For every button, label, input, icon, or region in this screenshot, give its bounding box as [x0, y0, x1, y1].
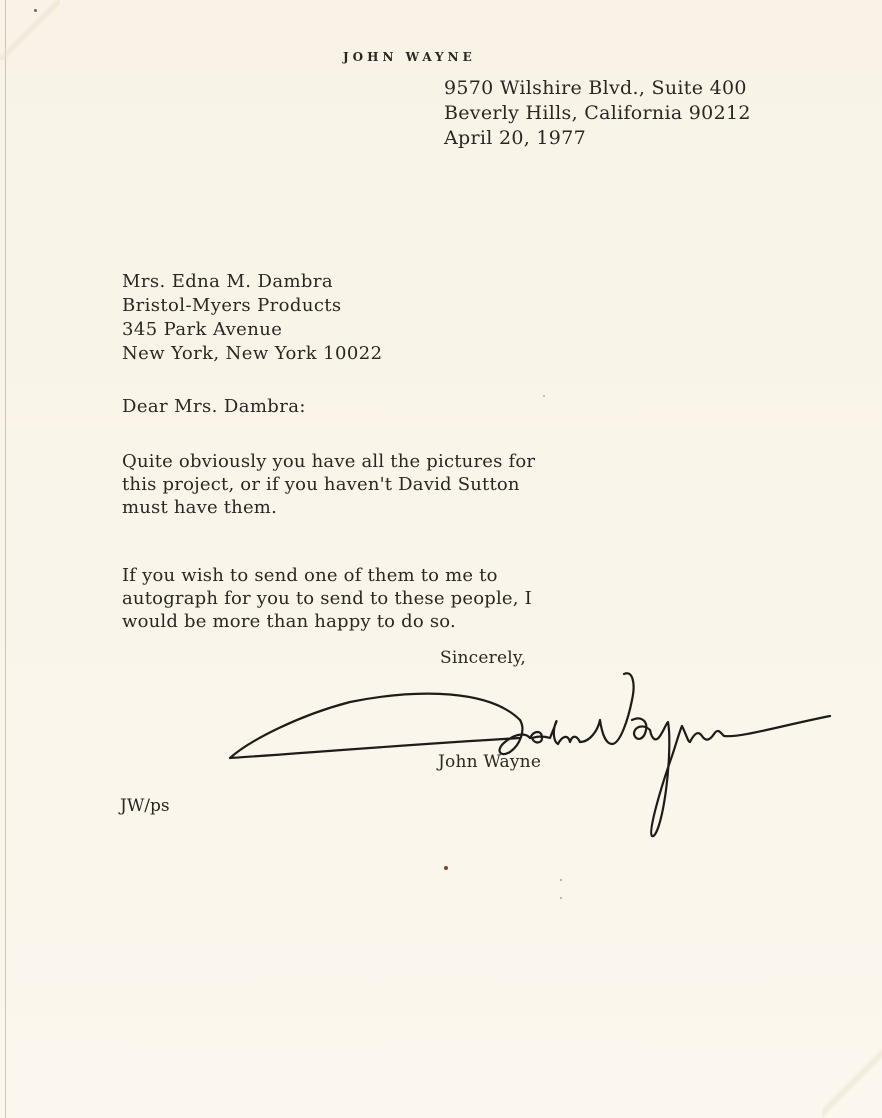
salutation: Dear Mrs. Dambra:: [122, 396, 306, 417]
paper-speck: [560, 879, 562, 881]
paper-speck: [560, 897, 562, 899]
body-line: this project, or if you haven't David Su…: [122, 473, 722, 496]
sender-address-line: 9570 Wilshire Blvd., Suite 400: [444, 76, 751, 101]
corner-fold-bottom-right: [822, 1048, 882, 1118]
body-line: Quite obviously you have all the picture…: [122, 450, 722, 473]
recipient-line: Mrs. Edna M. Dambra: [122, 270, 382, 294]
body-line: autograph for you to send to these peopl…: [122, 587, 722, 610]
body-line: must have them.: [122, 496, 722, 519]
letter-paper: [0, 0, 882, 1118]
corner-fold-top-left: [0, 0, 60, 60]
recipient-line: 345 Park Avenue: [122, 318, 382, 342]
handwritten-signature: [220, 660, 840, 850]
body-paragraph: If you wish to send one of them to me to…: [122, 564, 722, 633]
reference-initials: JW/ps: [120, 796, 170, 816]
letterhead-name: JOHN WAYNE: [343, 50, 476, 64]
body-line: If you wish to send one of them to me to: [122, 564, 722, 587]
sender-address-line: Beverly Hills, California 90212: [444, 101, 751, 126]
body-line: would be more than happy to do so.: [122, 610, 722, 633]
recipient-address: Mrs. Edna M. Dambra Bristol-Myers Produc…: [122, 270, 382, 366]
paper-speck: [543, 395, 545, 397]
paper-edge: [5, 0, 6, 1118]
recipient-line: Bristol-Myers Products: [122, 294, 382, 318]
sender-address: 9570 Wilshire Blvd., Suite 400 Beverly H…: [444, 76, 751, 151]
paper-speck: [34, 9, 37, 12]
letter-date: April 20, 1977: [444, 126, 751, 151]
body-paragraph: Quite obviously you have all the picture…: [122, 450, 722, 519]
paper-speck: [444, 866, 448, 870]
recipient-line: New York, New York 10022: [122, 342, 382, 366]
